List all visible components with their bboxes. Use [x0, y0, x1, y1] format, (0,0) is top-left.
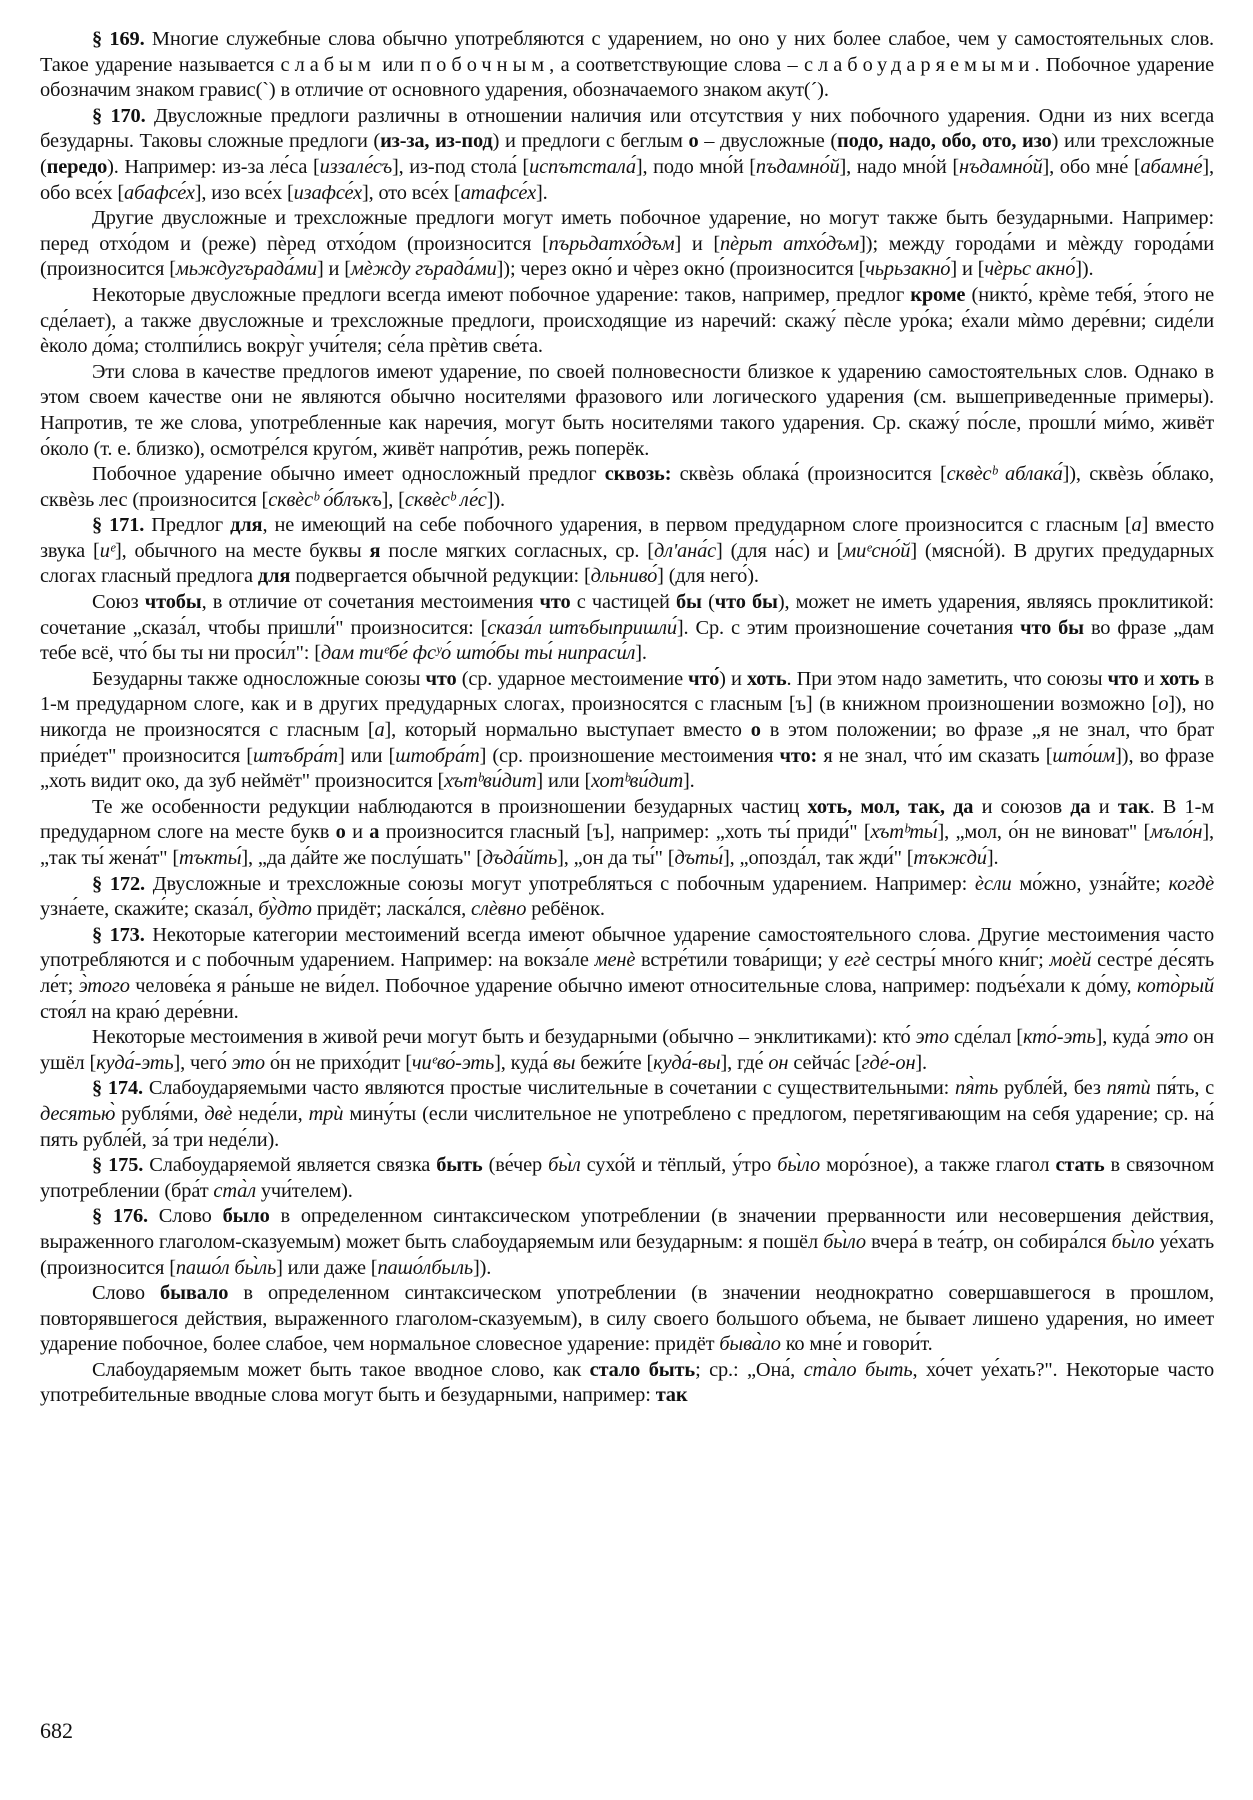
- transcription: тъкжди́: [913, 847, 986, 869]
- text-run: стоя́л на краю́ дере́вни.: [40, 1001, 239, 1023]
- bold-term: что́: [688, 668, 719, 690]
- paragraph: § 171. Предлог для, не имеющий на себе п…: [40, 513, 1214, 590]
- transcription: хотᵇви́дит: [591, 770, 683, 792]
- bold-term: так: [1118, 796, 1150, 818]
- bold-term: стало быть: [590, 1359, 695, 1381]
- text-run: сухо́й и тёплый, у́тро: [581, 1154, 778, 1176]
- bold-term: что:: [780, 745, 818, 767]
- text-run: сестры́ мно́го кни́г;: [870, 949, 1050, 971]
- text-run: ], „опозда́л, так жди́" [: [723, 847, 913, 869]
- transcription: десятью̀: [40, 1103, 115, 1125]
- bold-term: так: [656, 1384, 688, 1406]
- transcription: пятѝ: [1107, 1077, 1151, 1099]
- bold-term: § 176.: [92, 1205, 148, 1227]
- transcription: дам тиᵉбе́ фсʸо́ што́бы ты́ нипраси́л: [321, 642, 635, 664]
- paragraph: § 176. Слово было в определенном синтакс…: [40, 1204, 1214, 1281]
- text-run: рубля́ми,: [115, 1103, 204, 1125]
- paragraph: § 172. Двусложные и трехсложные союзы мо…: [40, 872, 1214, 923]
- transcription: пърьдатхо́дъм: [549, 233, 675, 255]
- text-run: ], где́: [721, 1052, 769, 1074]
- paragraph: § 169. Многие служебные слова обычно упо…: [40, 27, 1214, 104]
- bold-term: о: [751, 719, 761, 741]
- bold-term: что: [540, 591, 571, 613]
- text-run: узна́ете, скажи́те; сказа́л,: [40, 898, 258, 920]
- text-run: рубле́й, без: [998, 1077, 1106, 1099]
- page-body: § 169. Многие служебные слова обычно упо…: [40, 27, 1214, 1409]
- text-run: подвергается обычной редукции: [: [290, 565, 590, 587]
- transcription: он: [768, 1052, 788, 1074]
- text-run: ] (для на́с) и [: [716, 540, 843, 562]
- transcription: это: [232, 1052, 265, 1074]
- transcription: штъбра́т: [253, 745, 338, 767]
- text-run: ], надо мно́й [: [840, 156, 959, 178]
- transcription: бы̀ло: [777, 1154, 820, 1176]
- transcription: ста̀ло быть: [804, 1359, 913, 1381]
- text-run: ] (ср. произношение местоимения: [480, 745, 780, 767]
- text-run: неде́ли,: [232, 1103, 308, 1125]
- paragraph: § 175. Слабоударяемой является связка бы…: [40, 1153, 1214, 1204]
- paragraph: Безударны также односложные союзы что (с…: [40, 667, 1214, 795]
- text-run: ]).: [487, 489, 505, 511]
- text-run: ]. Ср. с этим произношение сочетания: [677, 617, 1020, 639]
- text-run: ], обо мне́ [: [1043, 156, 1141, 178]
- bold-term: хоть: [747, 668, 787, 690]
- text-run: ], куда́: [494, 1052, 553, 1074]
- text-run: ; ср.: „Она́,: [695, 1359, 804, 1381]
- transcription: атафсе́х: [461, 182, 536, 204]
- text-run: мо́жно, узна́йте;: [1012, 873, 1169, 895]
- transcription: хътᵇты́: [870, 821, 937, 843]
- transcription: сквѐсᵇ о́блъкъ: [268, 489, 381, 511]
- paragraph: Те же особенности редукции наблюдаются в…: [40, 795, 1214, 872]
- transcription: абафсе́х: [124, 182, 195, 204]
- transcription: бу̀дто: [258, 898, 311, 920]
- paragraph: Побочное ударение обычно имеет односложн…: [40, 462, 1214, 513]
- text-run: Побочное ударение обычно имеет односложн…: [92, 463, 605, 485]
- text-run: ко мне́ и говори́т.: [781, 1333, 933, 1355]
- text-run: (ве́чер: [483, 1154, 549, 1176]
- text-run: встре́тили това́рищи; у: [635, 949, 844, 971]
- text-run: ], ото все́х [: [362, 182, 461, 204]
- text-run: ) и: [719, 668, 747, 690]
- paragraph: Другие двусложные и трехсложные предлоги…: [40, 206, 1214, 283]
- text-run: ]).: [473, 1257, 491, 1279]
- text-run: ], [: [382, 489, 405, 511]
- text-run: или: [376, 54, 420, 76]
- transcription: егѐ: [844, 949, 870, 971]
- text-run: ], который нормально выступает вместо: [385, 719, 751, 741]
- paragraph: Некоторые двусложные предлоги всегда име…: [40, 283, 1214, 360]
- transcription: вы: [553, 1052, 575, 1074]
- text-run: ], „он да ты́" [: [557, 847, 674, 869]
- transcription: пашо́л бы̀ль: [176, 1257, 276, 1279]
- text-run: и: [1139, 668, 1160, 690]
- transcription: куда́-эть: [96, 1052, 173, 1074]
- text-run: и: [1090, 796, 1117, 818]
- text-run: ], „мол, о́н не виноват" [: [937, 821, 1150, 843]
- bold-term: чтобы: [145, 591, 202, 613]
- bold-term: для: [230, 514, 262, 536]
- text-run: – двусложные (: [699, 130, 837, 152]
- text-run: ) и предлоги с беглым: [493, 130, 689, 152]
- text-run: Некоторые местоимения в живой речи могут…: [92, 1026, 916, 1048]
- paragraph: § 174. Слабоударяемыми часто являются пр…: [40, 1076, 1214, 1153]
- text-run: учи́телем).: [256, 1180, 353, 1202]
- text-run: бежи́те [: [575, 1052, 653, 1074]
- bold-term: что бы: [1020, 617, 1084, 639]
- transcription: э̀того: [79, 975, 130, 997]
- transcription: дльниво́: [591, 565, 658, 587]
- transcription: слѐвно: [471, 898, 526, 920]
- bold-term: § 175.: [92, 1154, 143, 1176]
- bold-term: было: [223, 1205, 270, 1227]
- transcription: бы̀л: [548, 1154, 581, 1176]
- text-run: ].: [683, 770, 695, 792]
- transcription: хътᵇви́дит: [444, 770, 536, 792]
- transcription: это: [916, 1026, 949, 1048]
- bold-term: бывало: [160, 1282, 228, 1304]
- transcription: изафсе́х: [294, 182, 362, 204]
- bold-term: § 169.: [92, 28, 145, 50]
- transcription: што́им: [1052, 745, 1115, 767]
- paragraph: Некоторые местоимения в живой речи могут…: [40, 1025, 1214, 1076]
- bold-term: из-за, из-под: [380, 130, 493, 152]
- spaced-term: слабоударяемыми: [804, 54, 1034, 76]
- text-run: вчера́ в теа́тр, он собира́лся: [866, 1231, 1112, 1253]
- bold-term: хоть: [1160, 668, 1200, 690]
- transcription: куда́-вы: [653, 1052, 720, 1074]
- bold-term: о: [336, 821, 346, 843]
- bold-term: кроме: [910, 284, 965, 306]
- text-run: ].: [635, 642, 647, 664]
- text-run: ] или даже [: [276, 1257, 377, 1279]
- paragraph: Слово бывало в определенном синтаксическ…: [40, 1281, 1214, 1358]
- text-run: Слабоударяемой является связка: [143, 1154, 436, 1176]
- paragraph: Слабоударяемым может быть такое вводное …: [40, 1358, 1214, 1409]
- text-run: ].: [536, 182, 548, 204]
- text-run: , в отличие от сочетания местоимения: [202, 591, 540, 613]
- bold-term: § 171.: [92, 514, 144, 536]
- page-number: 682: [40, 1718, 73, 1744]
- text-run: Слабоударяемыми часто являются простые ч…: [143, 1077, 955, 1099]
- text-run: ] и [: [317, 258, 351, 280]
- text-run: Некоторые двусложные предлоги всегда име…: [92, 284, 910, 306]
- transcription: миᵉсно́й: [843, 540, 910, 562]
- text-run: ] (для него́).: [657, 565, 759, 587]
- transcription: где́-он: [862, 1052, 916, 1074]
- transcription: пѐрьт атхо́дъм: [720, 233, 859, 255]
- transcription: а: [1132, 514, 1142, 536]
- text-run: ] или [: [536, 770, 591, 792]
- text-run: и: [346, 821, 370, 843]
- bold-term: быть: [436, 1154, 482, 1176]
- transcription: ста̀л: [213, 1180, 256, 1202]
- bold-term: стать: [1055, 1154, 1104, 1176]
- text-run: ] и [: [950, 258, 984, 280]
- transcription: о: [1158, 693, 1168, 715]
- text-run: (ср. ударное местоимение: [457, 668, 689, 690]
- text-run: я не знал, что́ им сказать [: [817, 745, 1052, 767]
- spaced-term: побочным: [420, 54, 549, 76]
- transcription: трѝ: [309, 1103, 344, 1125]
- bold-term: § 170.: [92, 105, 146, 127]
- transcription: дл'ана́с: [654, 540, 716, 562]
- transcription: двѐ: [204, 1103, 232, 1125]
- transcription: штобра́т: [395, 745, 479, 767]
- bold-term: что: [1108, 668, 1139, 690]
- text-run: , а соответствующие слова –: [549, 54, 804, 76]
- transcription: тъкты́: [179, 847, 241, 869]
- transcription: бы̀ло: [1112, 1231, 1155, 1253]
- text-run: . При этом надо заметить, что союзы: [787, 668, 1108, 690]
- text-run: ].: [987, 847, 999, 869]
- bold-term: я: [370, 540, 381, 562]
- text-run: Предлог: [144, 514, 230, 536]
- text-run: ], обычного на месте буквы: [115, 540, 370, 562]
- transcription: чиᵉво́-эть: [412, 1052, 494, 1074]
- text-run: моро́зное), а также глагол: [820, 1154, 1055, 1176]
- bold-term: сквозь:: [605, 463, 672, 485]
- transcription: пя̀ть: [955, 1077, 998, 1099]
- text-run: Слабоударяемым может быть такое вводное …: [92, 1359, 590, 1381]
- transcription: бы̀ло: [823, 1231, 866, 1253]
- text-run: ], куда́: [1096, 1026, 1155, 1048]
- text-run: ). Например: из-за ле́са [: [107, 156, 319, 178]
- text-run: ребёнок.: [526, 898, 605, 920]
- text-run: с частицей: [571, 591, 677, 613]
- transcription: нъдамно́й: [959, 156, 1043, 178]
- text-run: ]).: [1075, 258, 1093, 280]
- text-run: Двусложные и трехсложные союзы могут упо…: [145, 873, 975, 895]
- text-run: сейча́с [: [788, 1052, 861, 1074]
- text-run: Слово: [92, 1282, 160, 1304]
- transcription: дъда́йть: [483, 847, 557, 869]
- transcription: когдѐ: [1168, 873, 1214, 895]
- transcription: сквѐсᵇ аблака́: [947, 463, 1063, 485]
- paragraph: § 173. Некоторые категории местоимений в…: [40, 923, 1214, 1025]
- bold-term: хоть, мол, так, да: [808, 796, 974, 818]
- text-run: ]); через окно́ и чѐрез окно́ (произноси…: [497, 258, 866, 280]
- transcription: сказа́л штъбыпришли́: [487, 617, 677, 639]
- bold-term: для: [258, 565, 290, 587]
- bold-term: да: [1070, 796, 1090, 818]
- transcription: мъло́н: [1150, 821, 1202, 843]
- bold-term: передо: [47, 156, 108, 178]
- text-run: произносится гласный [ъ], например: „хот…: [379, 821, 870, 843]
- text-run: ] или [: [338, 745, 395, 767]
- bold-term: § 174.: [92, 1077, 143, 1099]
- transcription: менѐ: [595, 949, 636, 971]
- text-run: придёт; ласка́лся,: [312, 898, 471, 920]
- bold-term: бы: [676, 591, 702, 613]
- text-run: сде́лал [: [949, 1026, 1023, 1048]
- text-run: ] и [: [674, 233, 720, 255]
- transcription: ѐсли: [975, 873, 1012, 895]
- transcription: мѐжду гърада́ми: [351, 258, 497, 280]
- transcription: пъдамно́й: [756, 156, 840, 178]
- text-run: ], „да да́йте же послу́шать" [: [241, 847, 482, 869]
- text-run: Слово: [148, 1205, 223, 1227]
- text-run: после мягких согласных, ср. [: [380, 540, 654, 562]
- text-run: пя́ть, с: [1151, 1077, 1214, 1099]
- text-run: Безударны также односложные союзы: [92, 668, 426, 690]
- bold-term: а: [369, 821, 379, 843]
- transcription: чьрьзакно́: [865, 258, 950, 280]
- bold-term: что бы: [715, 591, 778, 613]
- text-run: челове́ка я ра́ньше не ви́дел. Побочное …: [130, 975, 1137, 997]
- text-run: (: [702, 591, 715, 613]
- transcription: а: [374, 719, 384, 741]
- text-run: Эти слова в качестве предлогов имеют уда…: [40, 361, 1214, 460]
- paragraph: Эти слова в качестве предлогов имеют уда…: [40, 360, 1214, 462]
- paragraph: Союз чтобы, в отличие от сочетания место…: [40, 590, 1214, 667]
- bold-term: § 172.: [92, 873, 145, 895]
- text-run: ].: [915, 1052, 927, 1074]
- transcription: мьждугърада́ми: [176, 258, 317, 280]
- transcription: моѐй: [1049, 949, 1091, 971]
- bold-term: подо, надо, обо, ото, изо: [837, 130, 1052, 152]
- text-run: Союз: [92, 591, 145, 613]
- transcription: кото̀рый: [1137, 975, 1214, 997]
- transcription: быва̀ло: [719, 1333, 780, 1355]
- spaced-term: слабым: [281, 54, 376, 76]
- transcription: дъты́: [674, 847, 723, 869]
- transcription: абамне́: [1140, 156, 1202, 178]
- bold-term: § 173.: [92, 924, 145, 946]
- text-run: и союзов: [973, 796, 1070, 818]
- text-run: о́н не прихо́дит [: [265, 1052, 412, 1074]
- paragraph: § 170. Двусложные предлоги различны в от…: [40, 104, 1214, 206]
- transcription: сквѐсᵇ ле́с: [405, 489, 487, 511]
- text-run: сквѐзь облака́ (произносится [: [671, 463, 946, 485]
- transcription: кто́-эть: [1023, 1026, 1096, 1048]
- transcription: пашо́лбыль: [377, 1257, 473, 1279]
- transcription: иззале́съ: [320, 156, 392, 178]
- transcription: иᵉ: [100, 540, 115, 562]
- text-run: Те же особенности редукции наблюдаются в…: [92, 796, 808, 818]
- text-run: , не имеющий на себе побочного ударения,…: [262, 514, 1131, 536]
- text-run: ], изо все́х [: [195, 182, 294, 204]
- text-run: ], подо мно́й [: [636, 156, 756, 178]
- transcription: это: [1155, 1026, 1188, 1048]
- transcription: испътстала́: [529, 156, 636, 178]
- bold-term: что: [426, 668, 457, 690]
- text-run: ], чего́: [173, 1052, 231, 1074]
- text-run: ], из-под стола́ [: [392, 156, 529, 178]
- bold-term: о: [689, 130, 699, 152]
- transcription: чѐрьс акно́: [984, 258, 1075, 280]
